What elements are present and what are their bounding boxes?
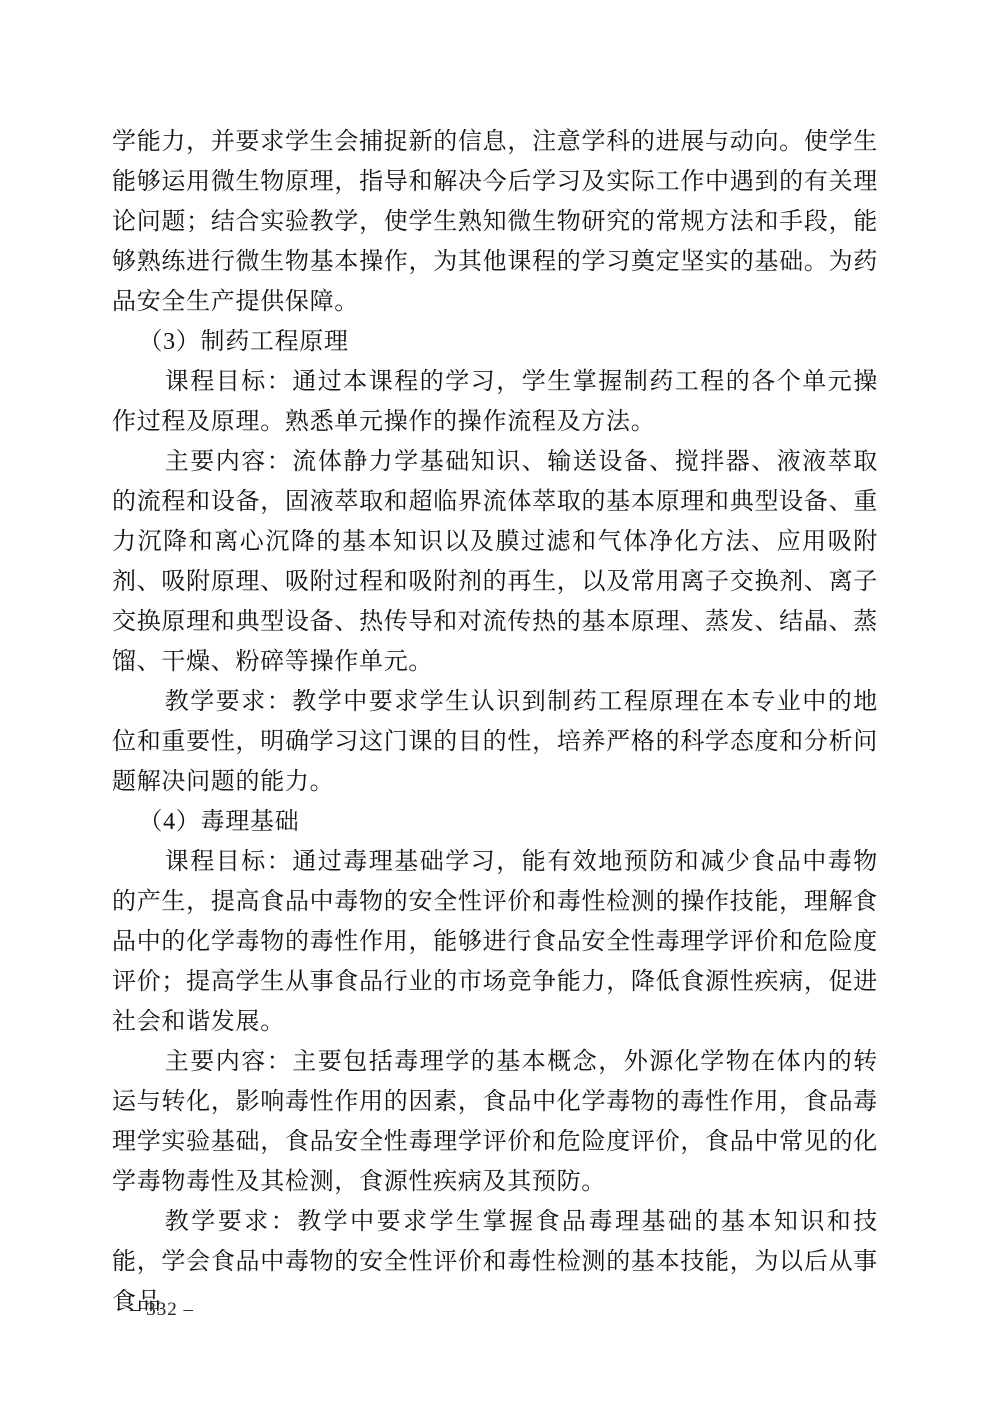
paragraph-main-content-4: 主要内容：主要包括毒理学的基本概念，外源化学物在体内的转运与转化，影响毒性作用的… [112, 1042, 878, 1202]
paragraph-main-content-3: 主要内容：流体静力学基础知识、输送设备、搅拌器、液液萃取的流程和设备，固液萃取和… [112, 442, 878, 682]
paragraph-teaching-requirement-3: 教学要求：教学中要求学生认识到制药工程原理在本专业中的地位和重要性，明确学习这门… [112, 682, 878, 802]
paragraph-course-objective-4: 课程目标：通过毒理基础学习，能有效地预防和减少食品中毒物的产生，提高食品中毒物的… [112, 842, 878, 1042]
section-heading-4: （4）毒理基础 [112, 802, 878, 842]
section-heading-3: （3）制药工程原理 [112, 322, 878, 362]
page-number: – 332 – [130, 1298, 194, 1322]
paragraph-continuation: 学能力，并要求学生会捕捉新的信息，注意学科的进展与动向。使学生能够运用微生物原理… [112, 122, 878, 322]
paragraph-course-objective-3: 课程目标：通过本课程的学习，学生掌握制药工程的各个单元操作过程及原理。熟悉单元操… [112, 362, 878, 442]
paragraph-teaching-requirement-4: 教学要求：教学中要求学生掌握食品毒理基础的基本知识和技能，学会食品中毒物的安全性… [112, 1202, 878, 1322]
page-body: 学能力，并要求学生会捕捉新的信息，注意学科的进展与动向。使学生能够运用微生物原理… [112, 122, 878, 1322]
document-page: 学能力，并要求学生会捕捉新的信息，注意学科的进展与动向。使学生能够运用微生物原理… [0, 0, 1000, 1414]
